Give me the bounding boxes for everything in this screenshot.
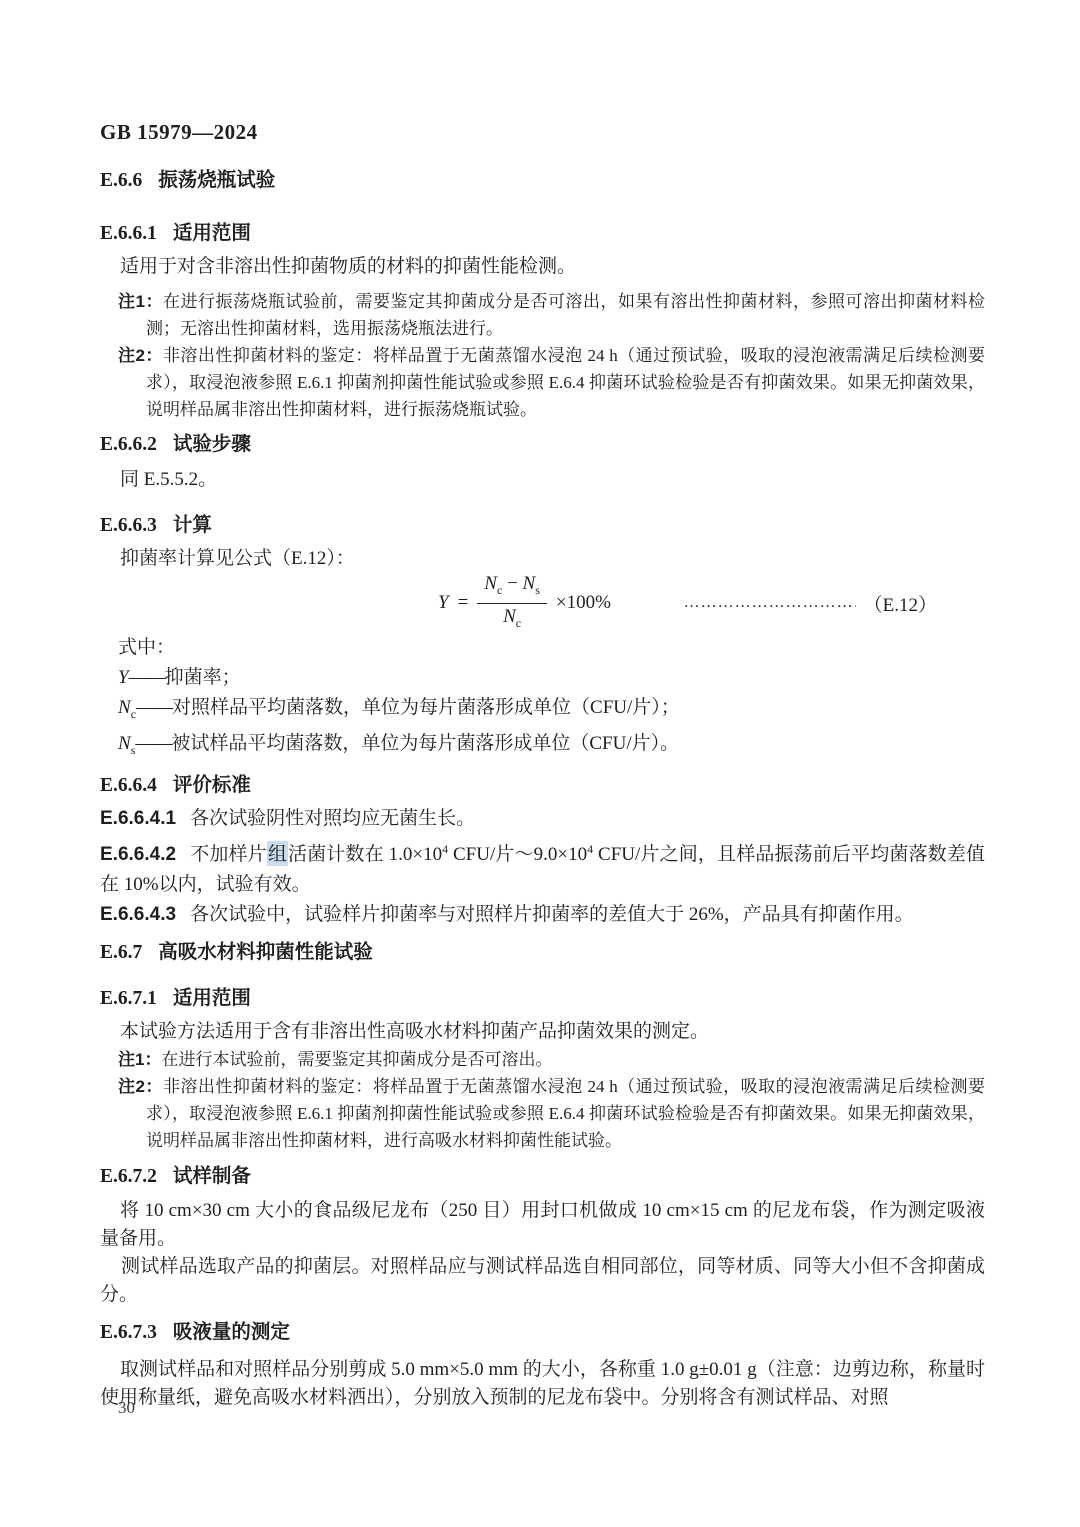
variable-description: 抑菌率； — [165, 667, 241, 688]
fraction-numerator: Nc − Ns — [477, 572, 547, 604]
variable-symbol: N — [118, 733, 131, 754]
fraction-denominator: Nc — [503, 604, 521, 635]
equals-sign: = — [458, 592, 469, 614]
note-1-e671: 注1：在进行本试验前，需要鉴定其抑菌成分是否可溶出。 — [100, 1046, 985, 1073]
section-number: E.6.7.1 — [100, 988, 157, 1009]
note-text: 非溶出性抑菌材料的鉴定：将样品置于无菌蒸馏水浸泡 24 h（通过预试验，吸取的浸… — [146, 346, 985, 419]
section-number: E.6.7.3 — [100, 1322, 157, 1343]
note-label: 注2： — [118, 1077, 163, 1096]
section-heading-e664: E.6.6.4评价标准 — [100, 772, 985, 799]
page-number: 30 — [118, 1398, 135, 1418]
clause-number: E.6.6.4.3 — [100, 904, 176, 925]
clause-text: 各次试验阴性对照均应无菌生长。 — [190, 808, 475, 829]
section-number: E.6.7.2 — [100, 1166, 157, 1187]
note-label: 注2： — [118, 346, 163, 365]
section-title: 试样制备 — [173, 1165, 251, 1187]
section-number: E.6.6.3 — [100, 515, 157, 536]
clause-text: 不加样片 — [190, 844, 267, 865]
note-text: 在进行振荡烧瓶试验前，需要鉴定其抑菌成分是否可溶出，如果有溶出性抑菌材料，参照可… — [146, 292, 985, 338]
section-title: 试验步骤 — [173, 433, 251, 455]
dot-leader: …………………………………… — [684, 594, 856, 612]
note-label: 注1： — [118, 1050, 161, 1069]
section-heading-e662: E.6.6.2试验步骤 — [100, 431, 985, 458]
section-heading-e671: E.6.7.1适用范围 — [100, 985, 985, 1012]
clause-e66641: E.6.6.4.1各次试验阴性对照均应无菌生长。 — [100, 804, 985, 834]
section-title: 计算 — [173, 514, 212, 536]
section-heading-e672: E.6.7.2试样制备 — [100, 1163, 985, 1190]
section-number: E.6.6 — [100, 170, 142, 191]
paragraph-e672-1: 将 10 cm×30 cm 大小的食品级尼龙布（250 目）用封口机做成 10 … — [100, 1197, 985, 1253]
note-text: 在进行本试验前，需要鉴定其抑菌成分是否可溶出。 — [161, 1050, 552, 1069]
note-1: 注1：在进行振荡烧瓶试验前，需要鉴定其抑菌成分是否可溶出，如果有溶出性抑菌材料，… — [100, 288, 985, 342]
section-title: 高吸水材料抑菌性能试验 — [158, 941, 373, 963]
formula-rhs: ×100% — [556, 592, 611, 614]
clause-text: 各次试验中，试验样片抑菌率与对照样片抑菌率的差值大于 26%，产品具有抑菌作用。 — [190, 904, 914, 925]
document-page: GB 15979—2024 E.6.6振荡烧瓶试验 E.6.6.1适用范围 适用… — [0, 0, 1080, 1527]
section-title: 评价标准 — [173, 774, 251, 796]
note-text: 非溶出性抑菌材料的鉴定：将样品置于无菌蒸馏水浸泡 24 h（通过预试验，吸取的浸… — [146, 1077, 985, 1150]
paragraph-formula-intro: 抑菌率计算见公式（E.12）： — [100, 545, 985, 573]
note-2-e671: 注2：非溶出性抑菌材料的鉴定：将样品置于无菌蒸馏水浸泡 24 h（通过预试验，吸… — [100, 1073, 985, 1154]
formula-lhs: Y — [438, 592, 449, 614]
section-heading-e663: E.6.6.3计算 — [100, 512, 985, 539]
paragraph-scope-e671: 本试验方法适用于含有非溶出性高吸水材料抑菌产品抑菌效果的测定。 — [100, 1018, 985, 1046]
standard-number-header: GB 15979—2024 — [100, 119, 985, 145]
section-number: E.6.6.1 — [100, 223, 157, 244]
clause-number: E.6.6.4.2 — [100, 844, 176, 865]
variable-ns: Ns——被试样品平均菌落数，单位为每片菌落形成单位（CFU/片）。 — [118, 729, 985, 765]
paragraph-scope: 适用于对含非溶出性抑菌物质的材料的抑菌性能检测。 — [100, 253, 985, 281]
variable-y: Y——抑菌率； — [118, 663, 985, 693]
section-title: 适用范围 — [173, 987, 251, 1009]
section-title: 吸液量的测定 — [173, 1321, 290, 1343]
section-heading-e66: E.6.6振荡烧瓶试验 — [100, 167, 985, 194]
where-intro: 式中： — [118, 633, 985, 663]
formula-e12: Y = Nc − Ns Nc ×100% …………………………………… （E.1… — [100, 573, 985, 633]
variable-description: 对照样品平均菌落数，单位为每片菌落形成单位（CFU/片）； — [172, 697, 680, 718]
variable-symbol: Y — [118, 667, 129, 688]
variable-nc: Nc——对照样品平均菌落数，单位为每片菌落形成单位（CFU/片）； — [118, 693, 985, 729]
section-number: E.6.7 — [100, 942, 142, 963]
paragraph-e673: 取测试样品和对照样品分别剪成 5.0 mm×5.0 mm 的大小，各称重 1.0… — [100, 1356, 985, 1412]
section-heading-e67: E.6.7高吸水材料抑菌性能试验 — [100, 939, 985, 966]
paragraph-e672-2: 测试样品选取产品的抑菌层。对照样品应与测试样品选自相同部位，同等材质、同等大小但… — [100, 1253, 985, 1309]
text-selection-highlight: 组 — [267, 841, 288, 866]
section-number: E.6.6.2 — [100, 434, 157, 455]
clause-e66642: E.6.6.4.2不加样片组活菌计数在 1.0×104 CFU/片～9.0×10… — [100, 834, 985, 900]
note-2: 注2：非溶出性抑菌材料的鉴定：将样品置于无菌蒸馏水浸泡 24 h（通过预试验，吸… — [100, 342, 985, 423]
section-number: E.6.6.4 — [100, 775, 157, 796]
section-heading-e673: E.6.7.3吸液量的测定 — [100, 1319, 985, 1346]
variable-description: 被试样品平均菌落数，单位为每片菌落形成单位（CFU/片）。 — [171, 733, 679, 754]
fraction: Nc − Ns Nc — [477, 572, 547, 635]
clause-number: E.6.6.4.1 — [100, 808, 176, 829]
clause-e66643: E.6.6.4.3各次试验中，试验样片抑菌率与对照样片抑菌率的差值大于 26%，… — [100, 900, 985, 930]
note-label: 注1： — [118, 292, 163, 311]
equation-number: （E.12） — [864, 590, 937, 617]
section-title: 振荡烧瓶试验 — [158, 169, 275, 191]
section-heading-e661: E.6.6.1适用范围 — [100, 220, 985, 247]
variable-symbol: N — [118, 697, 131, 718]
formula-expression: Y = Nc − Ns Nc ×100% — [438, 572, 611, 635]
section-title: 适用范围 — [173, 222, 251, 244]
paragraph-procedure: 同 E.5.5.2。 — [100, 466, 985, 494]
